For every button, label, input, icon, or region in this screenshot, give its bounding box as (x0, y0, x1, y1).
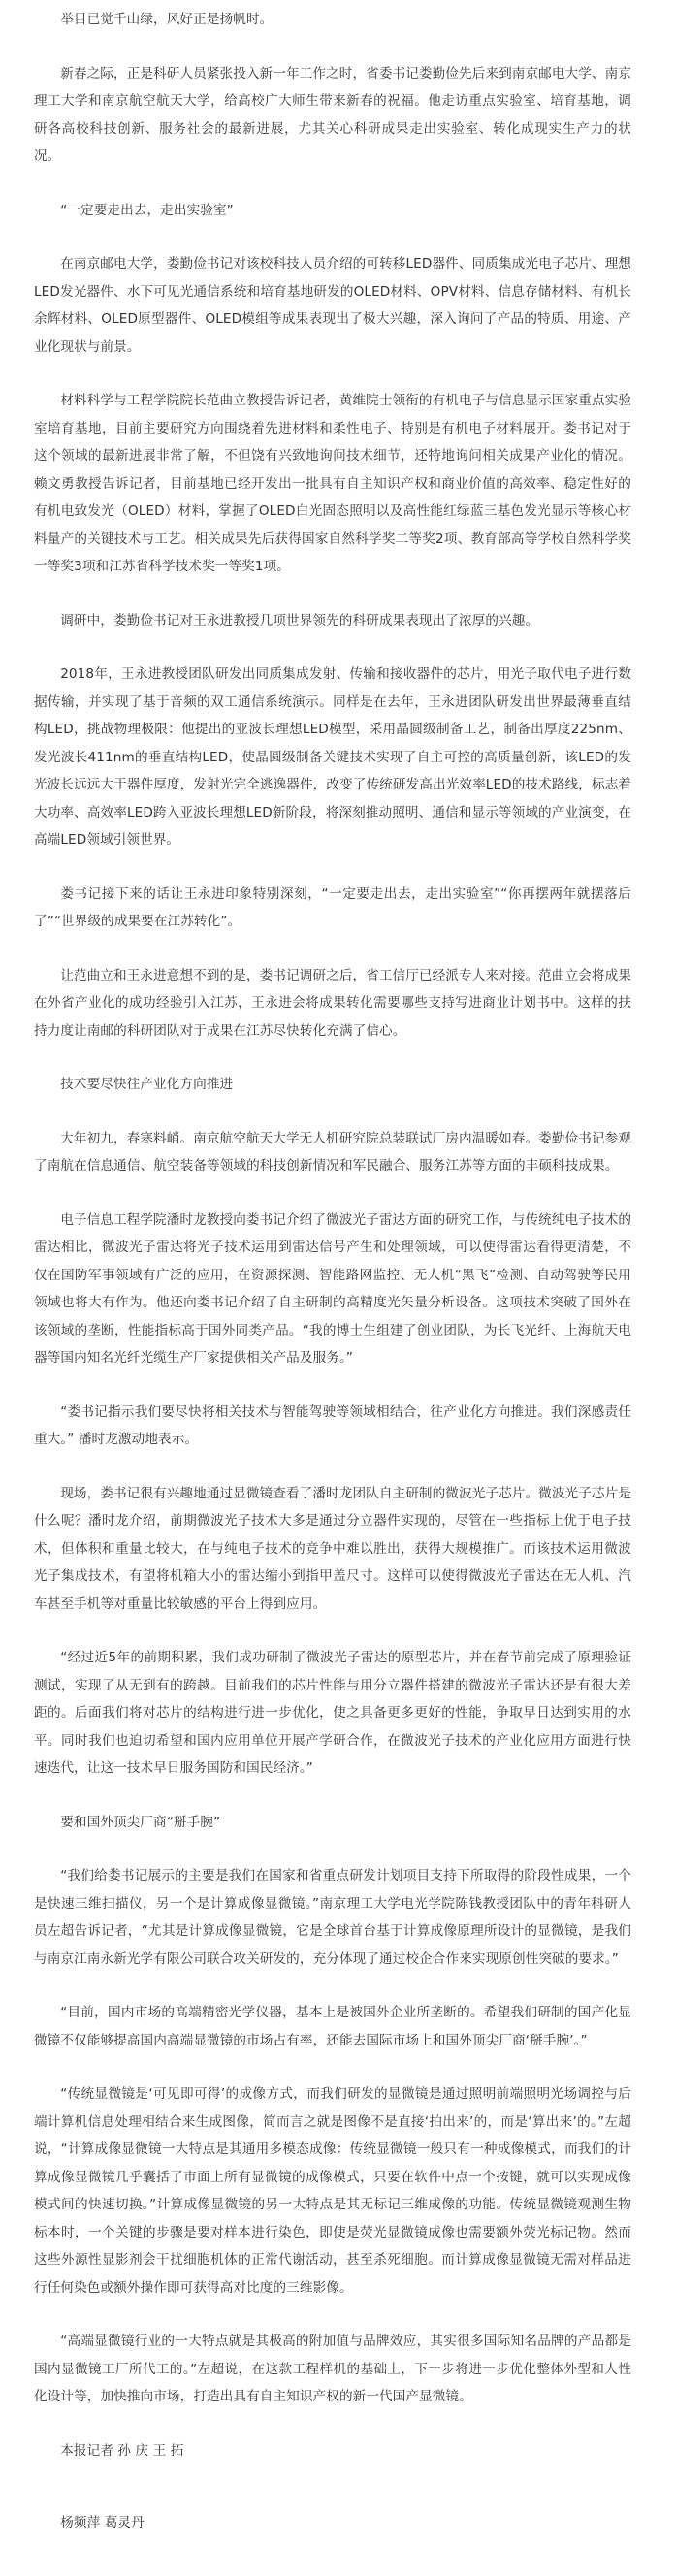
section-heading-2: 技术要尽快往产业化方向推进 (34, 1071, 631, 1099)
byline-reporters-2: 杨频萍 葛灵丹 (34, 2509, 631, 2537)
paragraph: 娄书记接下来的话让王永进印象特别深刻，“一定要走出去，走出实验室”“你再摆两年就… (34, 881, 631, 936)
paragraph: 2018年，王永进教授团队研发出同质集成发射、传输和接收器件的芯片，用光子取代电… (34, 660, 631, 854)
paragraph: 材料科学与工程学院院长范曲立教授告诉记者，黄维院士领衔的有机电子与信息显示国家重… (34, 387, 631, 581)
section-heading-1: “一定要走出去，走出实验室” (34, 197, 631, 225)
section-heading-3: 要和国外顶尖厂商“掰手腕” (34, 1809, 631, 1837)
paragraph: “目前，国内市场的高端精密光学仪器，基本上是被国外企业所垄断的。希望我们研制的国… (34, 1999, 631, 2054)
paragraph: “高端显微镜行业的一大特点就是其极高的附加值与品牌效应，其实很多国际知名品牌的产… (34, 2328, 631, 2411)
paragraph: “我们给娄书记展示的主要是我们在国家和省重点研发计划项目支持下所取得的阶段性成果… (34, 1862, 631, 1973)
byline-reporters: 本报记者 孙 庆 王 拓 (34, 2437, 631, 2465)
paragraph: 在南京邮电大学，娄勤俭书记对该校科技人员介绍的可转移LED器件、同质集成光电子芯… (34, 250, 631, 361)
paragraph: “经过近5年的前期积累，我们成功研制了微波光子雷达的原型芯片，并在春节前完成了原… (34, 1644, 631, 1783)
paragraph-overview: 新春之际，正是科研人员紧张投入新一年工作之时，省委书记娄勤俭先后来到南京邮电大学… (34, 60, 631, 171)
paragraph: 大年初九，春寒料峭。南京航空航天大学无人机研究院总装联试厂房内温暖如春。娄勤俭书… (34, 1125, 631, 1180)
paragraph: “传统显微镜是‘可见即可得’的成像方式，而我们研发的显微镜是通过照明前端照明光场… (34, 2080, 631, 2302)
paragraph: “娄书记指示我们要尽快将相关技术与智能驾驶等领域相结合，往产业化方向推进。我们深… (34, 1399, 631, 1454)
paragraph-intro: 举目已觉千山绿，风好正是扬帆时。 (34, 6, 631, 34)
paragraph: 让范曲立和王永进意想不到的是，娄书记调研之后，省工信厅已经派专人来对接。范曲立会… (34, 962, 631, 1046)
paragraph: 电子信息工程学院潘时龙教授向娄书记介绍了微波光子雷达方面的研究工作，与传统纯电子… (34, 1207, 631, 1372)
article-body: 举目已觉千山绿，风好正是扬帆时。 新春之际，正是科研人员紧张投入新一年工作之时，… (0, 0, 676, 2537)
paragraph: 调研中，娄勤俭书记对王永进教授几项世界领先的科研成果表现出了浓厚的兴趣。 (34, 607, 631, 635)
paragraph: 现场，娄书记很有兴趣地通过显微镜查看了潘时龙团队自主研制的微波光子芯片。微波光子… (34, 1480, 631, 1619)
